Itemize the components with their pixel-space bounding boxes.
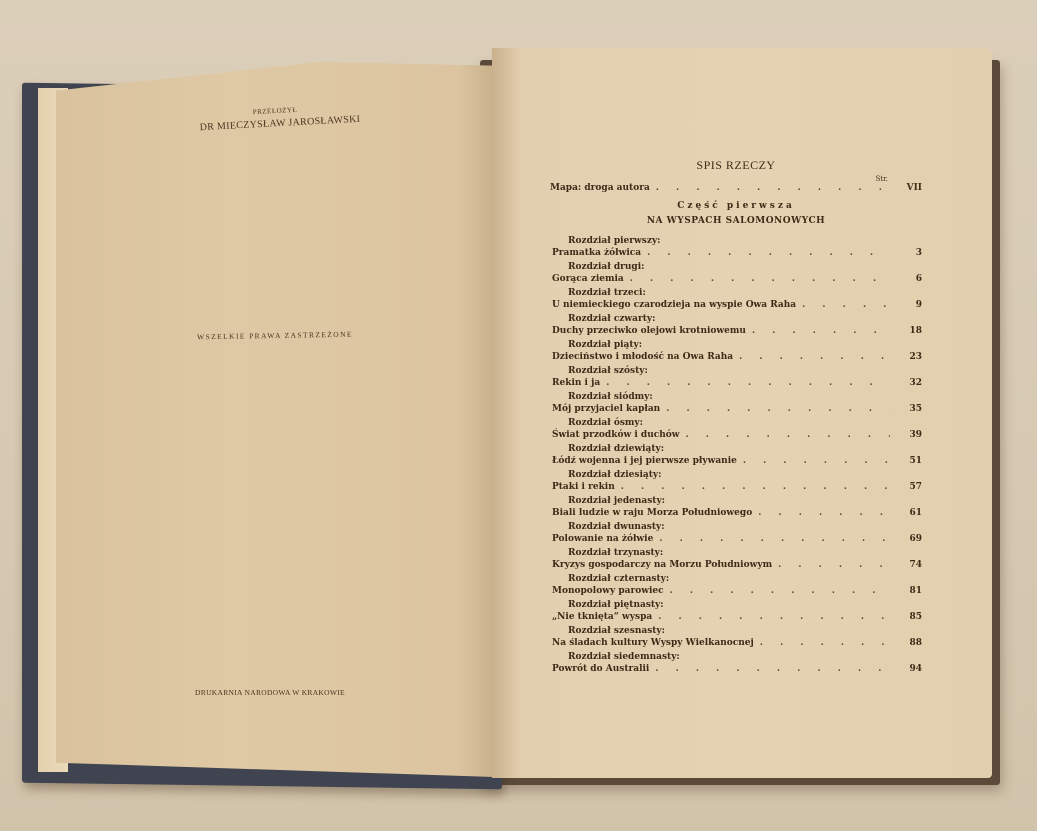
printer-imprint: DRUKARNIA NARODOWA W KRAKOWIE — [175, 688, 365, 697]
dot-leader: . . . . . . . . . . . . . . . . . . . . … — [743, 456, 890, 466]
toc-entry: Rozdział piąty:Dzieciństwo i młodość na … — [550, 340, 922, 366]
entry-page: 61 — [896, 508, 922, 518]
dot-leader: . . . . . . . . . . . . . . . . . . . . … — [760, 638, 890, 648]
entry-title: Gorąca ziemia — [552, 274, 624, 284]
entry-page: 81 — [896, 586, 922, 596]
chapter-label: Rozdział siódmy: — [568, 392, 653, 402]
dot-leader: . . . . . . . . . . . . . . . . . . . . … — [739, 352, 890, 362]
entry-row: Rekin i ja. . . . . . . . . . . . . . . … — [552, 378, 922, 388]
toc-entry: Rozdział pierwszy:Pramatka żółwica. . . … — [550, 236, 922, 262]
entry-page: 3 — [896, 248, 922, 258]
dot-leader: . . . . . . . . . . . . . . . . . . . . … — [655, 664, 890, 674]
entry-title: Mój przyjaciel kapłan — [552, 404, 660, 414]
entry-title: Łódź wojenna i jej pierwsze pływanie — [552, 456, 737, 466]
toc-entry: Rozdział trzynasty:Kryzys gospodarczy na… — [550, 548, 922, 574]
entry-row: U niemieckiego czarodzieja na wyspie Owa… — [552, 300, 922, 310]
dot-leader: . . . . . . . . . . . . . . . . . . . . … — [686, 430, 890, 440]
entry-title: Mapa: droga autora — [550, 183, 650, 193]
left-page — [56, 62, 494, 777]
entry-page: 94 — [896, 664, 922, 674]
entry-page: 57 — [896, 482, 922, 492]
chapter-label: Rozdział dwunasty: — [568, 522, 665, 532]
entry-row: Dzieciństwo i młodość na Owa Raha. . . .… — [552, 352, 922, 362]
dot-leader: . . . . . . . . . . . . . . . . . . . . … — [670, 586, 890, 596]
entry-row: Duchy przeciwko olejowi krotniowemu. . .… — [552, 326, 922, 336]
entry-row: Powrót do Australii. . . . . . . . . . .… — [552, 664, 922, 674]
chapter-label: Rozdział piętnasty: — [568, 600, 664, 610]
chapter-label: Rozdział trzeci: — [568, 288, 646, 298]
entry-title: Duchy przeciwko olejowi krotniowemu — [552, 326, 746, 336]
chapter-label: Rozdział dziewiąty: — [568, 444, 664, 454]
chapter-label: Rozdział pierwszy: — [568, 236, 661, 246]
toc-entries: Rozdział pierwszy:Pramatka żółwica. . . … — [550, 236, 922, 678]
entry-page: 23 — [896, 352, 922, 362]
entry-row: Pramatka żółwica. . . . . . . . . . . . … — [552, 248, 922, 258]
toc-entry: Rozdział jedenasty:Biali ludzie w raju M… — [550, 496, 922, 522]
entry-title: U niemieckiego czarodzieja na wyspie Owa… — [552, 300, 796, 310]
entry-row: Mój przyjaciel kapłan. . . . . . . . . .… — [552, 404, 922, 414]
toc-entry: Rozdział dwunasty:Polowanie na żółwie. .… — [550, 522, 922, 548]
entry-row: „Nie tknięta“ wyspa. . . . . . . . . . .… — [552, 612, 922, 622]
entry-title: „Nie tknięta“ wyspa — [552, 612, 652, 622]
toc-title: SPIS RZECZY — [550, 158, 922, 173]
entry-page: 88 — [896, 638, 922, 648]
entry-title: Biali ludzie w raju Morza Południowego — [552, 508, 752, 518]
toc-entry: Rozdział siódmy:Mój przyjaciel kapłan. .… — [550, 392, 922, 418]
entry-row: Monopolowy parowiec. . . . . . . . . . .… — [552, 586, 922, 596]
chapter-label: Rozdział szósty: — [568, 366, 648, 376]
entry-title: Kryzys gospodarczy na Morzu Południowym — [552, 560, 772, 570]
entry-title: Pramatka żółwica — [552, 248, 641, 258]
toc-entry: Rozdział szósty:Rekin i ja. . . . . . . … — [550, 366, 922, 392]
entry-title: Polowanie na żółwie — [552, 534, 653, 544]
part-label: Część pierwsza — [550, 201, 922, 211]
toc-entry: Rozdział dziewiąty:Łódź wojenna i jej pi… — [550, 444, 922, 470]
toc-entry: Rozdział czwarty:Duchy przeciwko olejowi… — [550, 314, 922, 340]
dot-leader: . . . . . . . . . . . . . . . . . . . . … — [647, 248, 890, 258]
dot-leader: . . . . . . . . . . . . . . . . . . . . … — [656, 183, 890, 193]
toc-entry: Rozdział czternasty:Monopolowy parowiec.… — [550, 574, 922, 600]
toc-entry: Rozdział drugi:Gorąca ziemia. . . . . . … — [550, 262, 922, 288]
toc-entry: Rozdział dziesiąty:Ptaki i rekin. . . . … — [550, 470, 922, 496]
dot-leader: . . . . . . . . . . . . . . . . . . . . … — [630, 274, 890, 284]
entry-row: Kryzys gospodarczy na Morzu Południowym.… — [552, 560, 922, 570]
entry-title: Na śladach kultury Wyspy Wielkanocnej — [552, 638, 754, 648]
chapter-label: Rozdział drugi: — [568, 262, 644, 272]
dot-leader: . . . . . . . . . . . . . . . . . . . . … — [802, 300, 890, 310]
chapter-label: Rozdział czternasty: — [568, 574, 669, 584]
entry-page: 85 — [896, 612, 922, 622]
entry-title: Świat przodków i duchów — [552, 430, 680, 440]
dot-leader: . . . . . . . . . . . . . . . . . . . . … — [658, 612, 890, 622]
dot-leader: . . . . . . . . . . . . . . . . . . . . … — [778, 560, 890, 570]
chapter-label: Rozdział jedenasty: — [568, 496, 665, 506]
entry-page: 35 — [896, 404, 922, 414]
entry-page: 9 — [896, 300, 922, 310]
entry-row: Łódź wojenna i jej pierwsze pływanie. . … — [552, 456, 922, 466]
entry-page: 32 — [896, 378, 922, 388]
dot-leader: . . . . . . . . . . . . . . . . . . . . … — [666, 404, 890, 414]
entry-page: 6 — [896, 274, 922, 284]
dot-leader: . . . . . . . . . . . . . . . . . . . . … — [659, 534, 890, 544]
entry-row: Polowanie na żółwie. . . . . . . . . . .… — [552, 534, 922, 544]
chapter-label: Rozdział ósmy: — [568, 418, 643, 428]
entry-page: 74 — [896, 560, 922, 570]
entry-page: 18 — [896, 326, 922, 336]
chapter-label: Rozdział dziesiąty: — [568, 470, 661, 480]
entry-page: 69 — [896, 534, 922, 544]
section-title: NA WYSPACH SALOMONOWYCH — [550, 216, 922, 226]
entry-page: VII — [896, 183, 922, 193]
entry-page: 39 — [896, 430, 922, 440]
toc-entry: Rozdział szesnasty:Na śladach kultury Wy… — [550, 626, 922, 652]
entry-title: Rekin i ja — [552, 378, 600, 388]
chapter-label: Rozdział szesnasty: — [568, 626, 665, 636]
toc-map-entry: Mapa: droga autora . . . . . . . . . . .… — [550, 183, 922, 193]
entry-title: Dzieciństwo i młodość na Owa Raha — [552, 352, 733, 362]
chapter-label: Rozdział czwarty: — [568, 314, 655, 324]
entry-row: Biali ludzie w raju Morza Południowego. … — [552, 508, 922, 518]
entry-row: Świat przodków i duchów. . . . . . . . .… — [552, 430, 922, 440]
entry-title: Powrót do Australii — [552, 664, 649, 674]
entry-title: Monopolowy parowiec — [552, 586, 664, 596]
page-column-label: Str. — [550, 175, 922, 183]
toc-entry: Rozdział ósmy:Świat przodków i duchów. .… — [550, 418, 922, 444]
chapter-label: Rozdział piąty: — [568, 340, 642, 350]
dot-leader: . . . . . . . . . . . . . . . . . . . . … — [621, 482, 890, 492]
chapter-label: Rozdział trzynasty: — [568, 548, 663, 558]
entry-title: Ptaki i rekin — [552, 482, 615, 492]
toc-entry: Rozdział piętnasty:„Nie tknięta“ wyspa. … — [550, 600, 922, 626]
dot-leader: . . . . . . . . . . . . . . . . . . . . … — [606, 378, 890, 388]
toc-entry: Rozdział siedemnasty:Powrót do Australii… — [550, 652, 922, 678]
entry-page: 51 — [896, 456, 922, 466]
entry-row: Gorąca ziemia. . . . . . . . . . . . . .… — [552, 274, 922, 284]
chapter-label: Rozdział siedemnasty: — [568, 652, 680, 662]
entry-row: Na śladach kultury Wyspy Wielkanocnej. .… — [552, 638, 922, 648]
entry-row: Ptaki i rekin. . . . . . . . . . . . . .… — [552, 482, 922, 492]
table-of-contents: SPIS RZECZY Str. Mapa: droga autora . . … — [550, 158, 922, 678]
toc-entry: Rozdział trzeci:U niemieckiego czarodzie… — [550, 288, 922, 314]
dot-leader: . . . . . . . . . . . . . . . . . . . . … — [752, 326, 890, 336]
dot-leader: . . . . . . . . . . . . . . . . . . . . … — [758, 508, 890, 518]
